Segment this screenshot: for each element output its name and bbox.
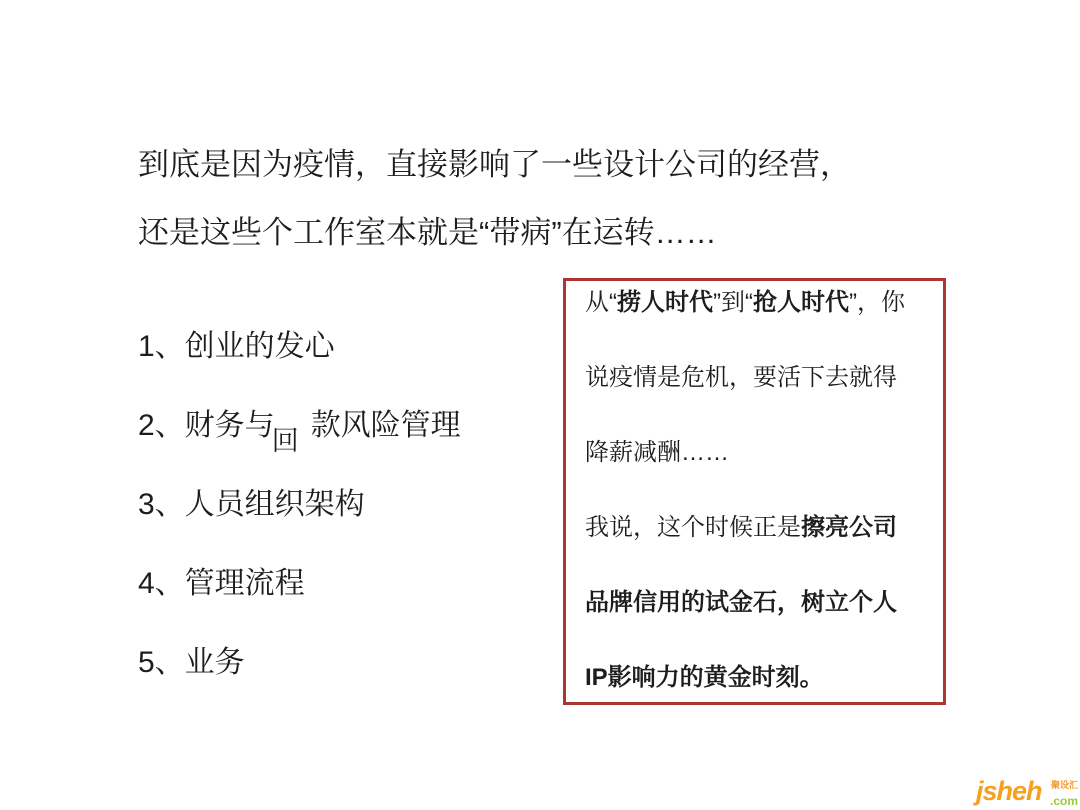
- quote-segment: 说疫情是危机，要活下去就得: [585, 364, 897, 391]
- quote-segment: 捞人时代: [617, 289, 713, 316]
- quote-line-2: 说疫情是危机，要活下去就得: [585, 363, 931, 438]
- topic-list: 1、创业的发心2、财务与回款风险管理3、人员组织架构4、管理流程5、业务: [138, 330, 461, 725]
- logo-tld-text: .com: [1050, 794, 1078, 808]
- quote-segment: ”到“: [713, 289, 753, 316]
- topic-item-5: 5、业务: [138, 646, 461, 725]
- topic-text-suffix: 款风险管理: [311, 409, 461, 442]
- topic-item-2: 2、财务与回款风险管理: [138, 409, 461, 488]
- dropped-character: 回: [272, 426, 299, 456]
- quote-segment: 品牌信用的试金石，树立个人: [585, 589, 897, 616]
- topic-item-3: 3、人员组织架构: [138, 488, 461, 567]
- topic-text: 5、业务: [138, 646, 245, 679]
- quote-line-3: 降薪减酬……: [585, 438, 931, 513]
- quote-segment: 擦亮公司: [801, 514, 897, 541]
- heading-line-2: 还是这些个工作室本就是“带病”在运转……: [138, 199, 851, 267]
- topic-text: 3、人员组织架构: [138, 488, 365, 521]
- topic-text: 4、管理流程: [138, 567, 305, 600]
- quote-line-5: 品牌信用的试金石，树立个人: [585, 588, 931, 663]
- logo-badge-text: 聚设汇: [1051, 778, 1078, 791]
- slide: 到底是因为疫情，直接影响了一些设计公司的经营， 还是这些个工作室本就是“带病”在…: [0, 0, 1080, 810]
- heading-line-1: 到底是因为疫情，直接影响了一些设计公司的经营，: [138, 131, 851, 199]
- quote-line-6: IP影响力的黄金时刻。: [585, 663, 931, 738]
- quote-box: 从“捞人时代”到“抢人时代”，你说疫情是危机，要活下去就得降薪减酬……我说，这个…: [563, 278, 946, 705]
- topic-item-1: 1、创业的发心: [138, 330, 461, 409]
- quote-segment: IP影响力的黄金时刻。: [585, 664, 824, 691]
- quote-segment: 降薪减酬……: [585, 439, 729, 466]
- topic-item-4: 4、管理流程: [138, 567, 461, 646]
- heading: 到底是因为疫情，直接影响了一些设计公司的经营， 还是这些个工作室本就是“带病”在…: [138, 131, 851, 267]
- site-logo: jsheh 聚设汇 .com: [976, 776, 1078, 808]
- topic-text: 2、财务与: [138, 409, 275, 442]
- quote-segment: 我说，这个时候正是: [585, 514, 801, 541]
- quote-line-1: 从“捞人时代”到“抢人时代”，你: [585, 288, 931, 363]
- quote-segment: 从“: [585, 289, 617, 316]
- quote-segment: ”，你: [849, 289, 905, 316]
- logo-wordmark: jsheh: [976, 776, 1042, 806]
- quote-line-4: 我说，这个时候正是擦亮公司: [585, 513, 931, 588]
- quote-segment: 抢人时代: [753, 289, 849, 316]
- topic-text: 1、创业的发心: [138, 330, 335, 363]
